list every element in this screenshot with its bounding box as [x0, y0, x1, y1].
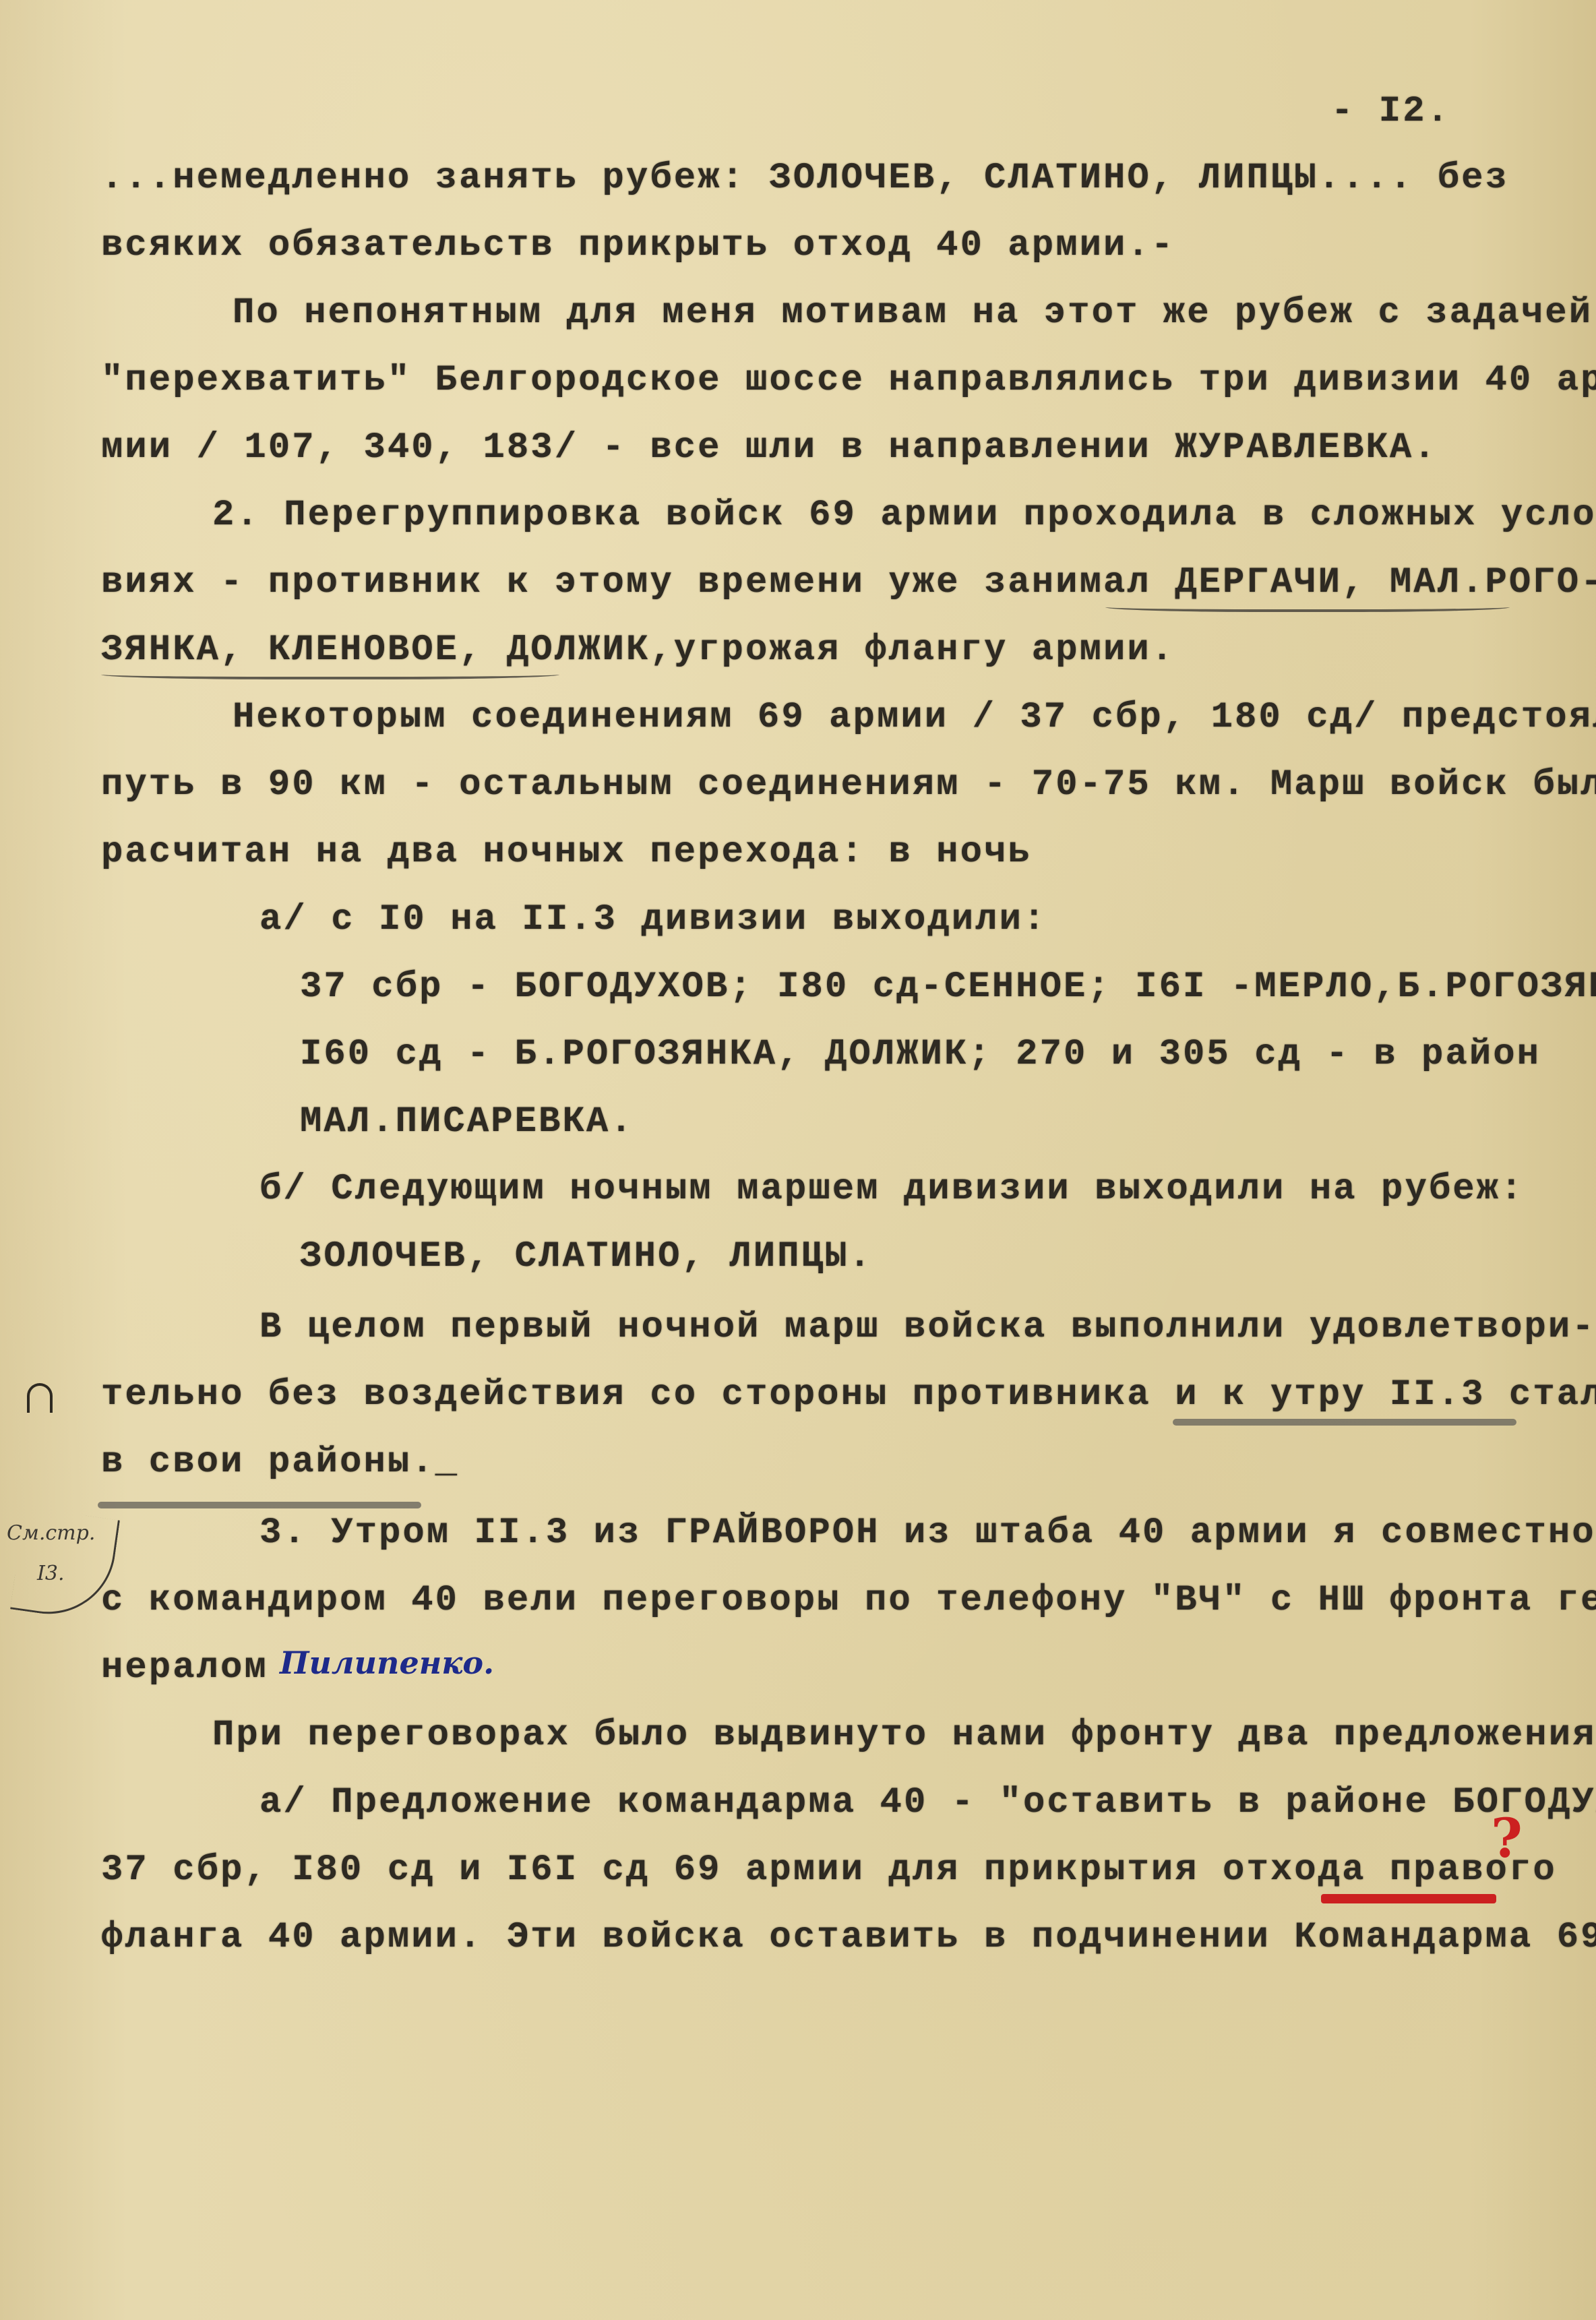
text-line: тельно без воздействия со стороны против… — [101, 1375, 1596, 1415]
text-line: При переговорах было выдвинуто нами фрон… — [212, 1715, 1596, 1756]
text-line: I60 сд - Б.РОГОЗЯНКА, ДОЛЖИК; 270 и 305 … — [300, 1035, 1541, 1075]
text-line: 37 сбр - БОГОДУХОВ; I80 сд-СЕННОЕ; I6I -… — [300, 967, 1596, 1008]
text-line: фланга 40 армии. Эти войска оставить в п… — [101, 1918, 1596, 1958]
text-line: всяких обязательств прикрыть отход 40 ар… — [101, 226, 1175, 266]
pencil-underline-v-svoi-rayony — [98, 1502, 421, 1508]
list-item-a: а/ с I0 на II.3 дивизии выходили: — [259, 900, 1047, 940]
text-line: МАЛ.ПИСАРЕВКА. — [300, 1102, 634, 1142]
page-number: - I2. — [1331, 91, 1450, 132]
text-line: ЗОЛОЧЕВ, СЛАТИНО, ЛИПЦЫ. — [300, 1237, 873, 1277]
text-line: путь в 90 км - остальным соединениям - 7… — [101, 765, 1596, 805]
red-underline-pravogo — [1321, 1894, 1496, 1903]
text-line: ...немедленно занять рубеж: ЗОЛОЧЕВ, СЛА… — [101, 158, 1509, 199]
list-item-b: б/ Следующим ночным маршем дивизии выход… — [259, 1169, 1524, 1210]
section-3-heading-line: 3. Утром II.3 из ГРАЙВОРОН из штаба 40 а… — [259, 1513, 1596, 1554]
document-page: - I2. ...немедленно занять рубеж: ЗОЛОЧЕ… — [0, 0, 1596, 2320]
margin-arc-mark — [27, 1383, 53, 1413]
text-line: мии / 107, 340, 183/ - все шли в направл… — [101, 428, 1438, 468]
text-line: нералом — [101, 1648, 268, 1688]
text-line: Некоторым соединениям 69 армии / 37 сбр,… — [233, 698, 1596, 738]
text-line: с командиром 40 вели переговоры по телеф… — [101, 1581, 1596, 1621]
text-line: "перехватить" Белгородское шоссе направл… — [101, 361, 1596, 401]
text-line: виях - противник к этому времени уже зан… — [101, 563, 1596, 603]
handwritten-name: Пилипенко. — [280, 1645, 494, 1681]
text-line: В целом первый ночной марш войска выполн… — [259, 1308, 1596, 1348]
text-line: По непонятным для меня мотивам на этот ж… — [233, 293, 1593, 334]
text-line: расчитан на два ночных перехода: в ночь — [101, 832, 1032, 873]
text-line: 37 сбр, I80 сд и I6I сд 69 армии для при… — [101, 1850, 1557, 1891]
section-2-heading-line: 2. Перегруппировка войск 69 армии проход… — [212, 495, 1596, 536]
red-question-mark: ? — [1491, 1806, 1523, 1870]
pencil-underline-dergachi — [1105, 600, 1510, 612]
text-line: ЗЯНКА, КЛЕНОВОЕ, ДОЛЖИК,угрожая флангу а… — [101, 630, 1175, 671]
pencil-underline-k-utru — [1173, 1419, 1516, 1426]
list-item-a-proposal: а/ Предложение командарма 40 - "оставить… — [259, 1783, 1596, 1823]
pencil-underline-klenovoe — [101, 667, 559, 679]
text-line: в свои районы._ — [101, 1442, 459, 1483]
